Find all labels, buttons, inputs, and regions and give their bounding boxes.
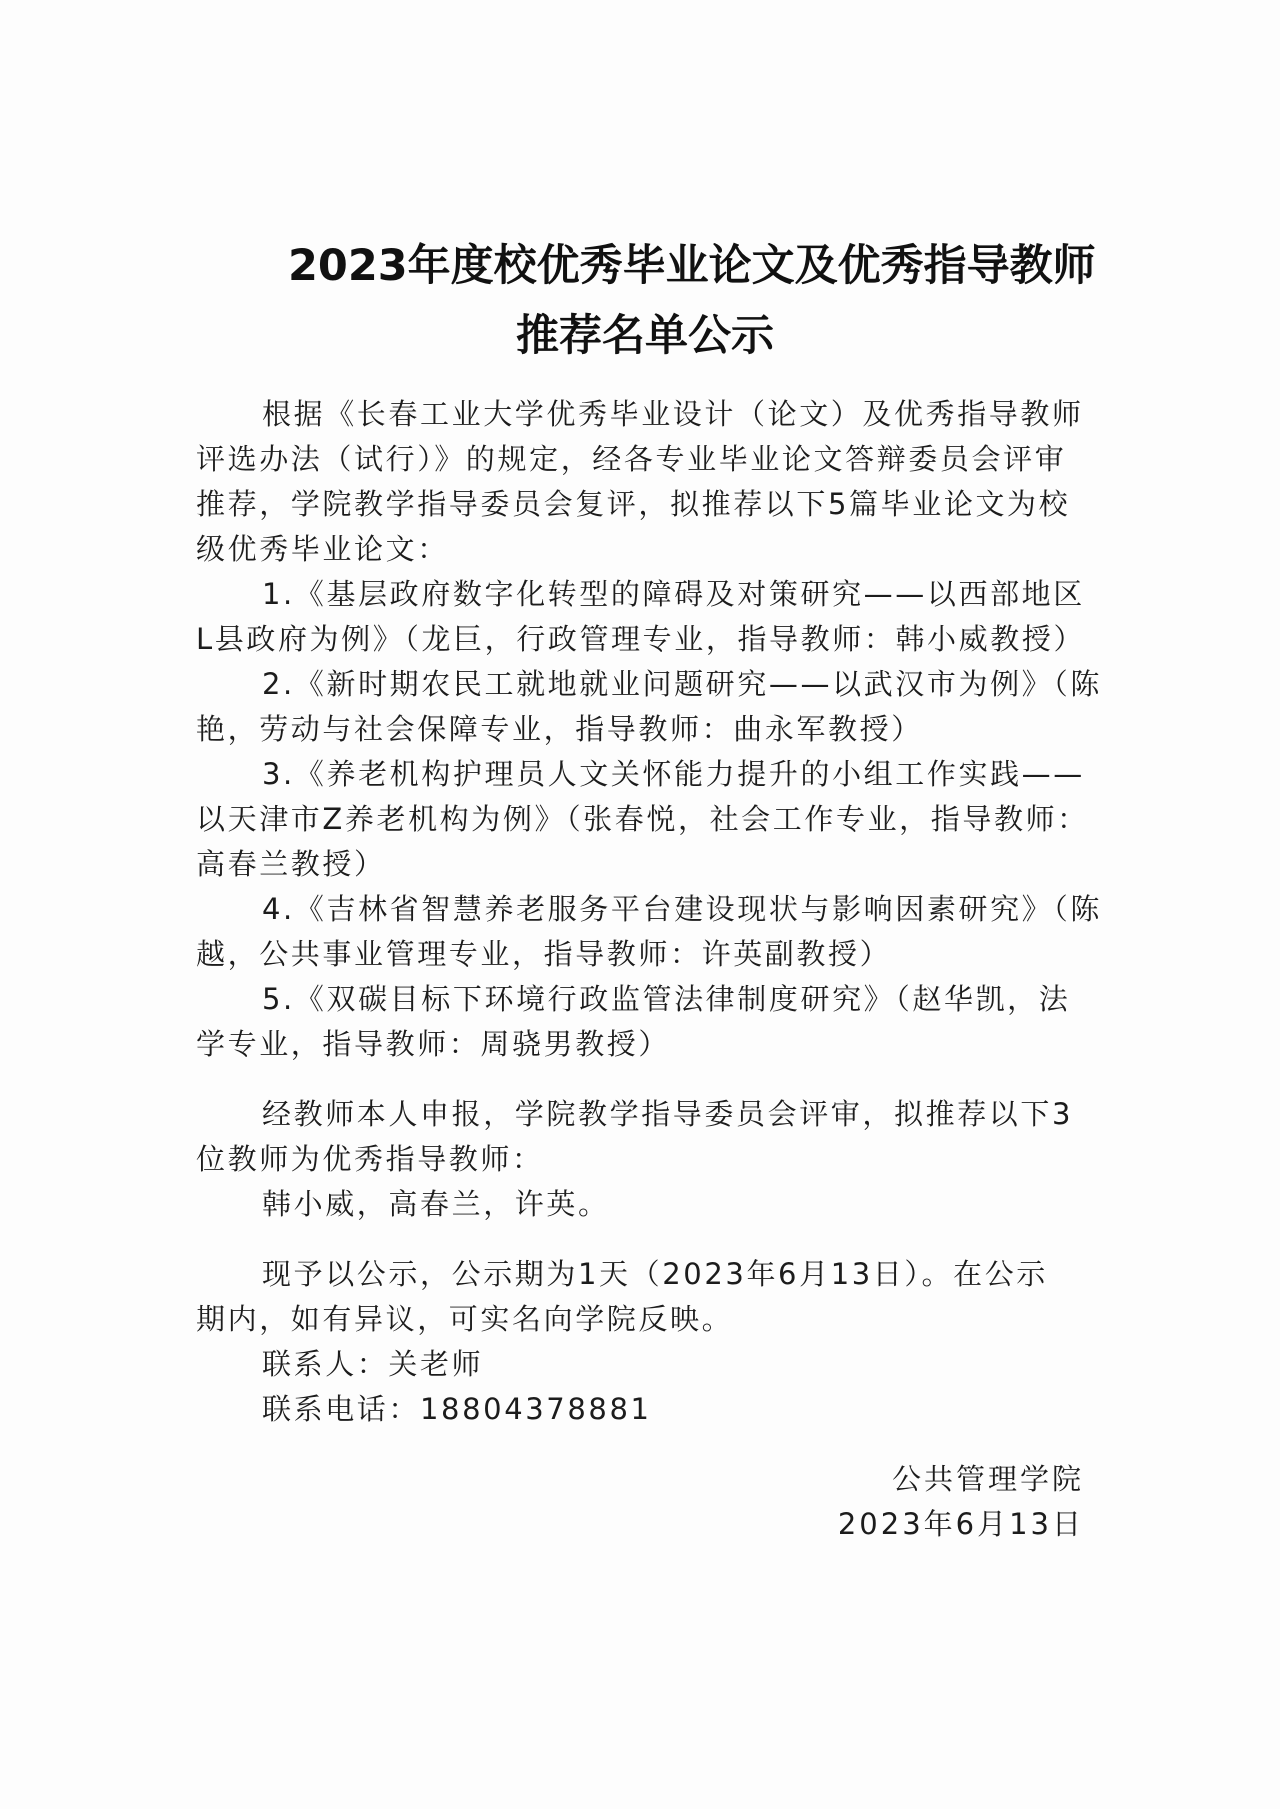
document-subtitle: 推荐名单公示 <box>516 302 774 363</box>
signature-org: 公共管理学院 <box>892 1457 1084 1498</box>
thesis-item-5-cont: 学专业，指导教师：周骁男教授） <box>196 1022 1080 1063</box>
contact-person: 联系人：关老师 <box>262 1342 1080 1383</box>
thesis-item-5: 5.《双碳目标下环境行政监管法律制度研究》（赵华凯，法 <box>262 977 1080 1018</box>
intro-line: 推荐，学院教学指导委员会复评，拟推荐以下5篇毕业论文为校 <box>196 482 1080 523</box>
intro-line: 级优秀毕业论文： <box>196 527 1080 568</box>
thesis-item-2: 2.《新时期农民工就地就业问题研究——以武汉市为例》（陈 <box>262 662 1080 703</box>
thesis-item-3: 3.《养老机构护理员人文关怀能力提升的小组工作实践—— <box>262 752 1080 793</box>
notice-line: 现予以公示，公示期为1天（2023年6月13日）。在公示 <box>262 1252 1080 1293</box>
thesis-item-4-cont: 越，公共事业管理专业，指导教师：许英副教授） <box>196 932 1080 973</box>
thesis-item-1: 1.《基层政府数字化转型的障碍及对策研究——以西部地区 <box>262 572 1080 613</box>
notice-page: 2023年度校优秀毕业论文及优秀指导教师 推荐名单公示 根据《长春工业大学优秀毕… <box>0 0 1280 1809</box>
teachers-list: 韩小威，高春兰，许英。 <box>262 1182 1080 1223</box>
intro-line: 评选办法（试行）》的规定，经各专业毕业论文答辩委员会评审 <box>196 437 1080 478</box>
intro-line: 根据《长春工业大学优秀毕业设计（论文）及优秀指导教师 <box>262 392 1080 433</box>
notice-line: 期内，如有异议，可实名向学院反映。 <box>196 1297 1080 1338</box>
teachers-intro-line: 经教师本人申报，学院教学指导委员会评审，拟推荐以下3 <box>262 1092 1080 1133</box>
thesis-item-3-cont: 高春兰教授） <box>196 842 1080 883</box>
thesis-item-4: 4.《吉林省智慧养老服务平台建设现状与影响因素研究》（陈 <box>262 887 1080 928</box>
signature-date: 2023年6月13日 <box>838 1502 1084 1543</box>
thesis-item-3-cont: 以天津市Z养老机构为例》（张春悦，社会工作专业，指导教师： <box>196 797 1080 838</box>
thesis-item-2-cont: 艳，劳动与社会保障专业，指导教师：曲永军教授） <box>196 707 1080 748</box>
contact-phone: 联系电话：18804378881 <box>262 1387 1080 1428</box>
teachers-intro-line: 位教师为优秀指导教师： <box>196 1137 1080 1178</box>
thesis-item-1-cont: L县政府为例》（龙巨，行政管理专业，指导教师：韩小威教授） <box>196 617 1080 658</box>
document-title: 2023年度校优秀毕业论文及优秀指导教师 <box>288 232 1096 293</box>
